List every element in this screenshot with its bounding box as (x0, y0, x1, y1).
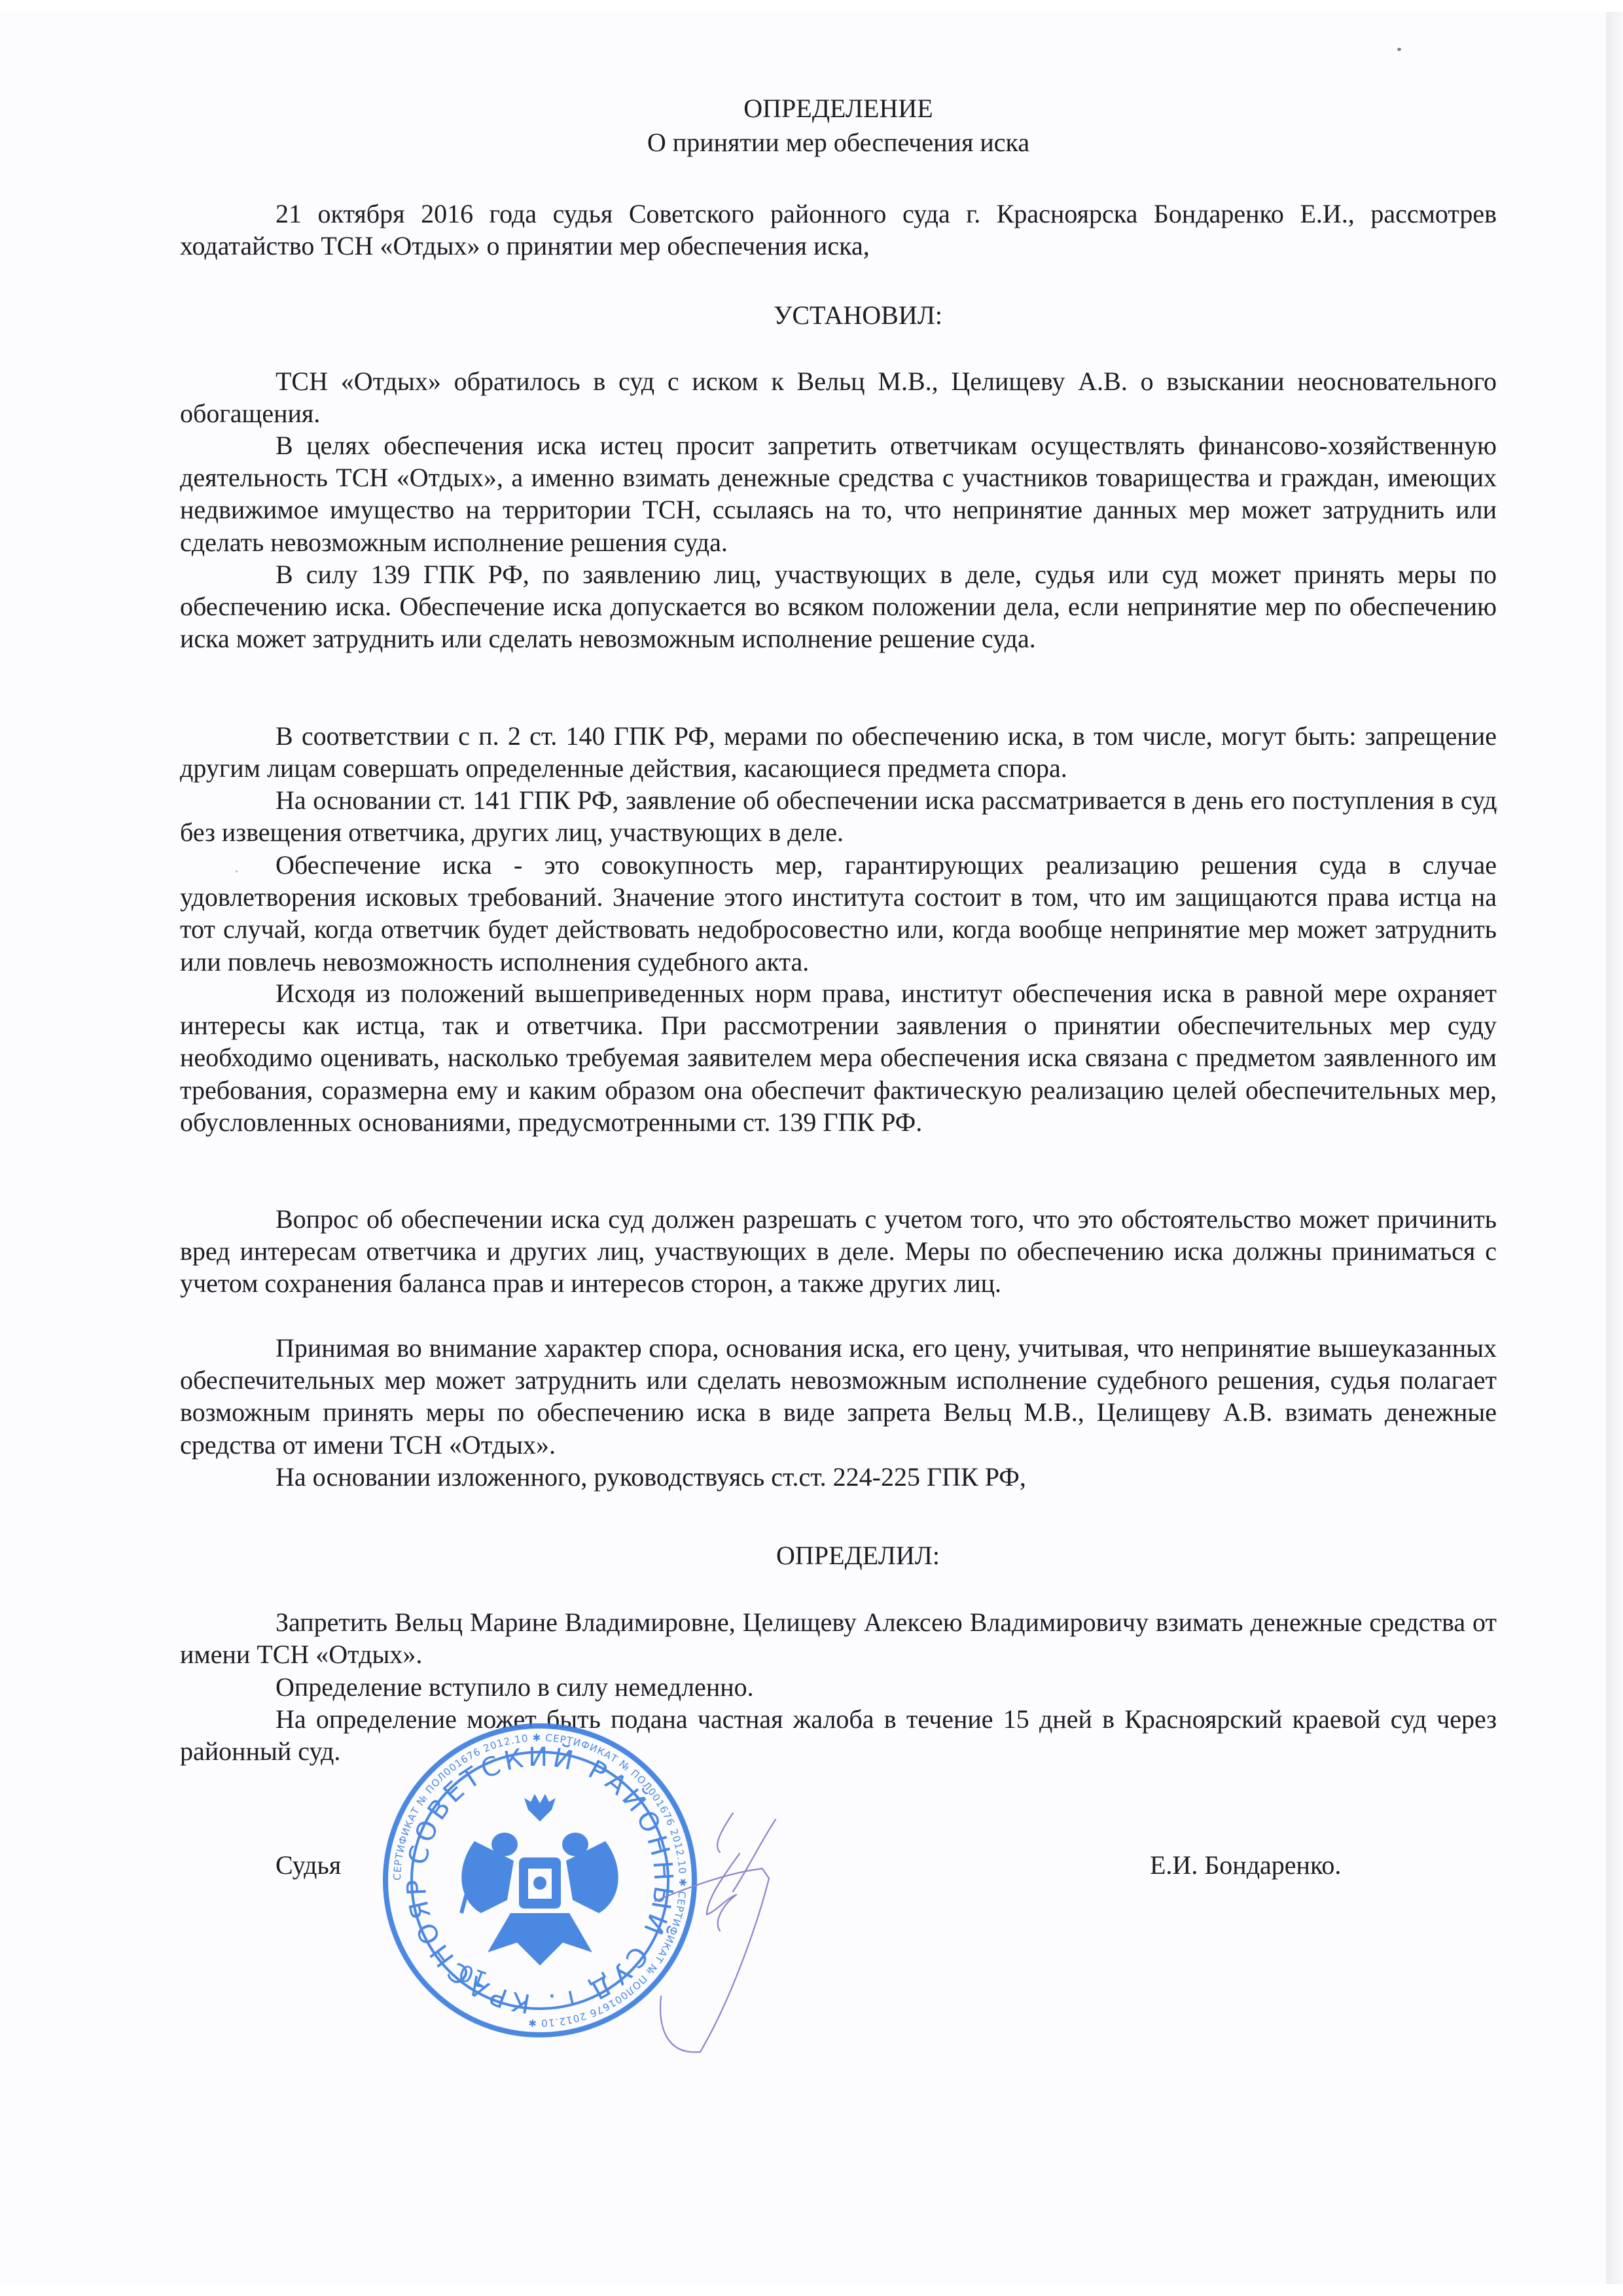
section-heading-decided: ОПРЕДЕЛИЛ: (180, 1539, 1497, 1571)
body-paragraph: В соответствии с п. 2 ст. 140 ГПК РФ, ме… (180, 720, 1497, 784)
body-paragraph: В силу 139 ГПК РФ, по заявлению лиц, уча… (180, 558, 1497, 655)
judge-name: Е.И. Бондаренко. (1150, 1849, 1341, 1881)
body-paragraph: ТСН «Отдых» обратилось в суд с иском к В… (180, 365, 1497, 429)
decision-paragraph: Определение вступило в силу немедленно. (180, 1671, 1497, 1703)
document-subtitle: О принятии мер обеспечения иска (180, 126, 1497, 158)
body-paragraph: Исходя из положений вышеприведенных норм… (180, 977, 1497, 1138)
body-paragraph: Обеспечение иска - это совокупность мер,… (180, 849, 1497, 978)
intro-paragraph: 21 октября 2016 года судья Советского ра… (180, 198, 1497, 262)
document-page (0, 12, 1606, 2284)
body-paragraph: Принимая во внимание характер спора, осн… (180, 1332, 1497, 1461)
decision-paragraph: На определение может быть подана частная… (180, 1703, 1497, 1767)
scan-edge (1606, 12, 1623, 2284)
body-paragraph: На основании ст. 141 ГПК РФ, заявление о… (180, 784, 1497, 848)
body-paragraph: На основании изложенного, руководствуясь… (180, 1461, 1497, 1493)
section-heading-established: УСТАНОВИЛ: (180, 299, 1497, 331)
scan-speck (1397, 48, 1401, 51)
body-paragraph: В целях обеспечения иска истец просит за… (180, 429, 1497, 558)
decision-paragraph: Запретить Вельц Марине Владимировне, Цел… (180, 1606, 1497, 1670)
body-paragraph: Вопрос об обеспечении иска суд должен ра… (180, 1203, 1497, 1300)
judge-label: Судья (276, 1849, 341, 1881)
document-title: ОПРЕДЕЛЕНИЕ (180, 92, 1497, 124)
